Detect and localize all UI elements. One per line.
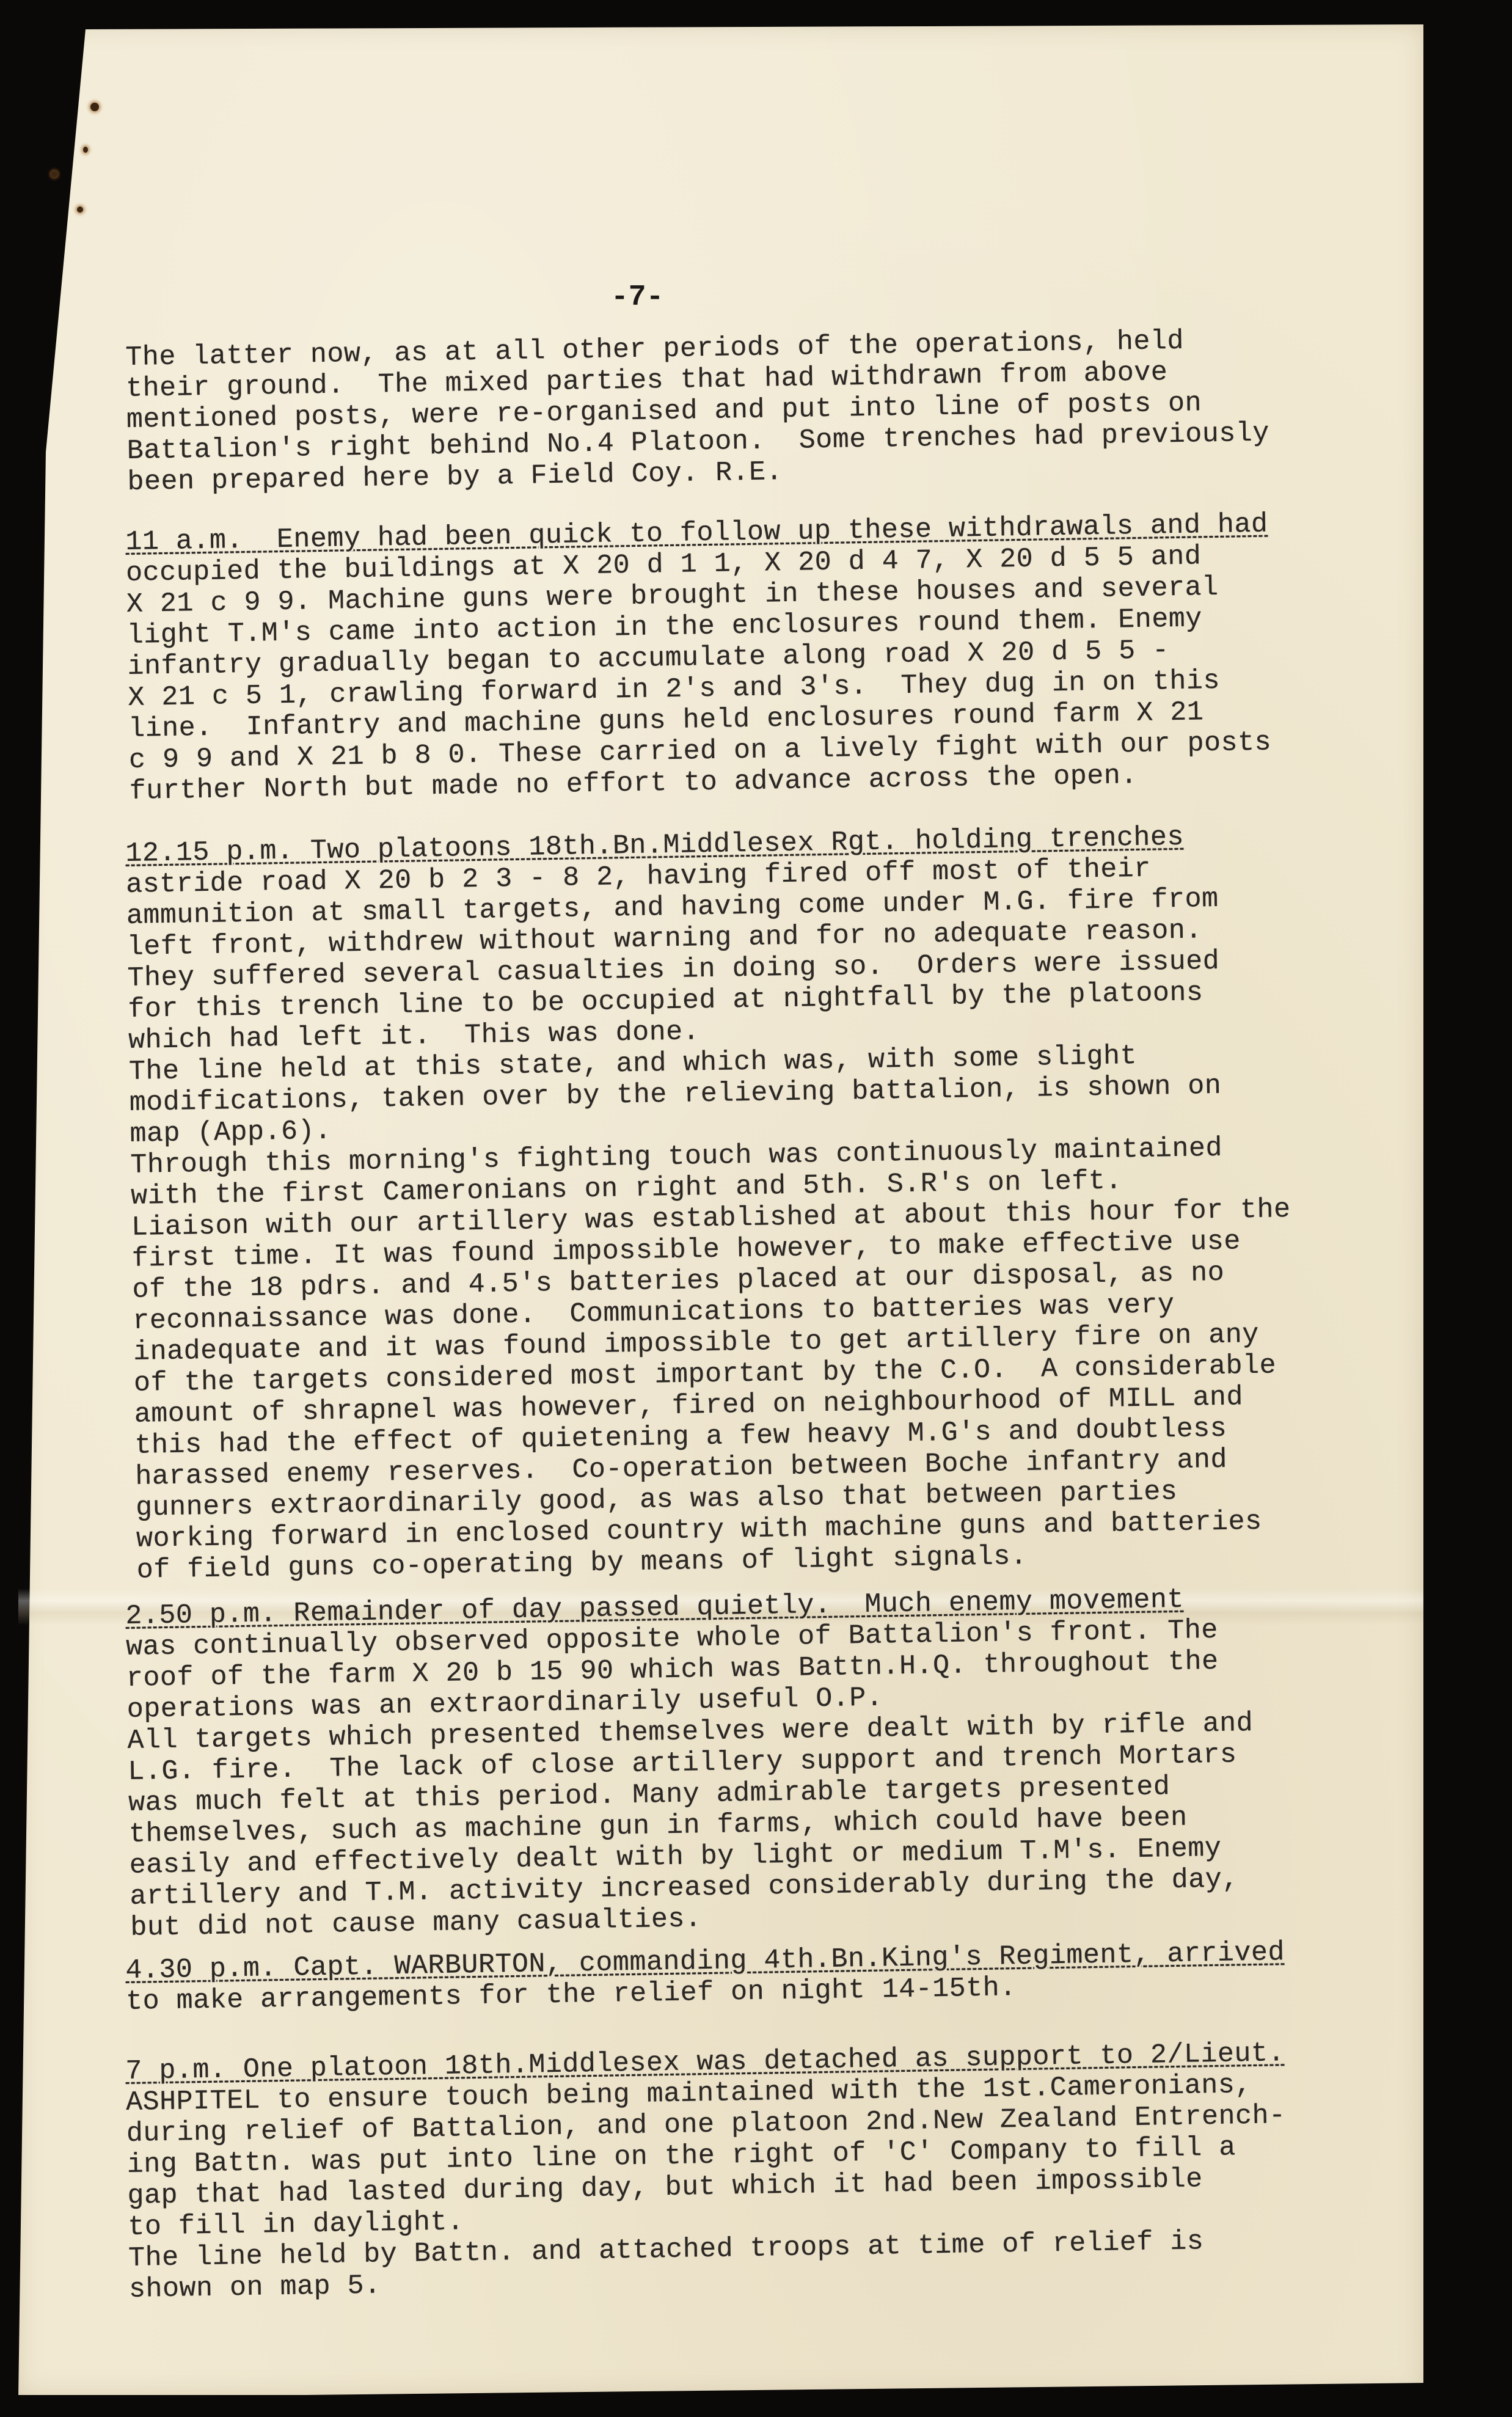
entry-11am: 11 a.m. Enemy had been quick to follow u…	[125, 509, 1272, 807]
entry-1215pm: 12.15 p.m. Two platoons 18th.Bn.Middlese…	[125, 820, 1296, 1586]
entry-7pm: 7 p.m. One platoon 18th.Middlesex was de…	[125, 2038, 1288, 2305]
punch-hole-icon	[77, 207, 83, 213]
punch-hole-icon	[83, 147, 88, 153]
punch-hole-icon	[51, 171, 57, 177]
punch-hole-icon	[90, 103, 99, 111]
entry-250pm: 2.50 p.m. Remainder of day passed quietl…	[125, 1583, 1256, 1943]
page-number: -7-	[611, 281, 663, 314]
paragraph-opening: The latter now, as at all other periods …	[125, 324, 1270, 498]
